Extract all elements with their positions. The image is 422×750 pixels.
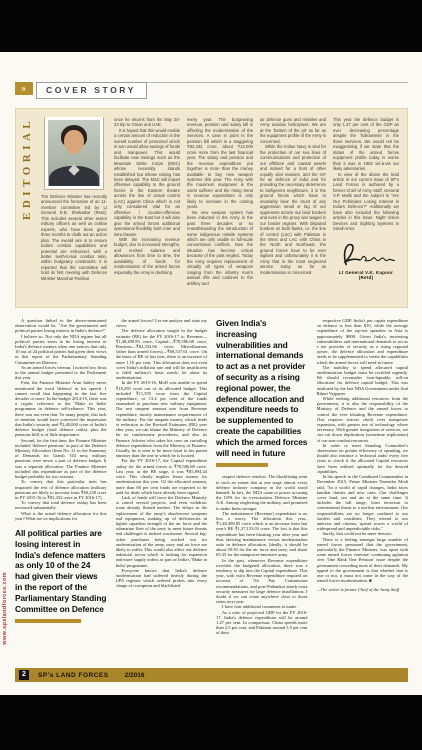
signature-block: Lt General V.K. Kapoor (Retd) <box>333 239 399 281</box>
article-text-4: respective GDP. India's per capita expen… <box>317 318 409 583</box>
article-column-2: the armed forces? Let me analyse and sta… <box>116 318 208 666</box>
page-number: 2 <box>19 670 29 680</box>
header-rule <box>147 82 408 83</box>
editorial-text-5: This year the defence budget is only 1.4… <box>333 117 399 232</box>
signature-icon <box>333 239 399 269</box>
editorial-column-4: air defence guns and missiles and Army a… <box>260 117 326 301</box>
editorial-label: EDITORIAL <box>21 117 34 301</box>
pullquote-1-text: Given India's increasing vulnerabilities… <box>216 318 308 458</box>
article-text-3: suspect defence vendors. The blacklistin… <box>216 474 308 635</box>
portrait-face <box>64 130 84 154</box>
issue-number: 2/2016 <box>125 672 145 679</box>
article-column-4: respective GDP. India's per capita expen… <box>317 318 409 666</box>
magazine-page: » COVER STORY EDITORIAL The Defence Mini… <box>0 0 422 750</box>
signature-name: Lt General V.K. Kapoor (Retd) <box>333 270 399 281</box>
article-column-1: A question linked to the above-mentioned… <box>15 318 107 666</box>
pullquote-1: Given India's increasing vulnerabilities… <box>216 318 308 467</box>
editorial-column-1: The Defence Minister has recently announ… <box>41 117 107 301</box>
section-title: COVER STORY <box>36 82 147 99</box>
editorial-column-5: This year the defence budget is only 1.4… <box>333 117 399 301</box>
editorial-text-1: The Defence Minister has recently announ… <box>41 194 107 281</box>
pullquote-2-bar <box>15 619 81 623</box>
author-byline: —The writer is former Chief of the Army … <box>317 587 409 592</box>
magazine-name: SP's LAND FORCES <box>38 672 109 679</box>
website-vertical-text: www.spslandforces.com <box>2 572 8 645</box>
pullquote-1-bar <box>216 463 268 467</box>
editorial-column-2: once he returns from his May 20-23 trip … <box>114 117 180 301</box>
editorial-box: EDITORIAL The Defence Minister has recen… <box>15 108 408 308</box>
editorial-portrait-photo <box>45 117 103 189</box>
top-black-bar <box>0 0 422 52</box>
pullquote-2-text: All political parties are losing interes… <box>15 528 107 614</box>
article-column-3: Given India's increasing vulnerabilities… <box>216 318 308 666</box>
page-sheet: » COVER STORY EDITORIAL The Defence Mini… <box>0 52 422 695</box>
article-text-1: A question linked to the above-mentioned… <box>15 318 107 521</box>
editorial-column-3: every year. The burgeoning revenue, pens… <box>187 117 253 301</box>
article-body: A question linked to the above-mentioned… <box>15 318 408 666</box>
double-chevron-icon: » <box>15 82 33 95</box>
footer-bar: 2 SP's LAND FORCES 2/2016 <box>15 668 408 682</box>
pullquote-2: All political parties are losing interes… <box>15 528 107 623</box>
bottom-black-bar <box>0 695 422 750</box>
section-header: » COVER STORY <box>15 82 408 99</box>
